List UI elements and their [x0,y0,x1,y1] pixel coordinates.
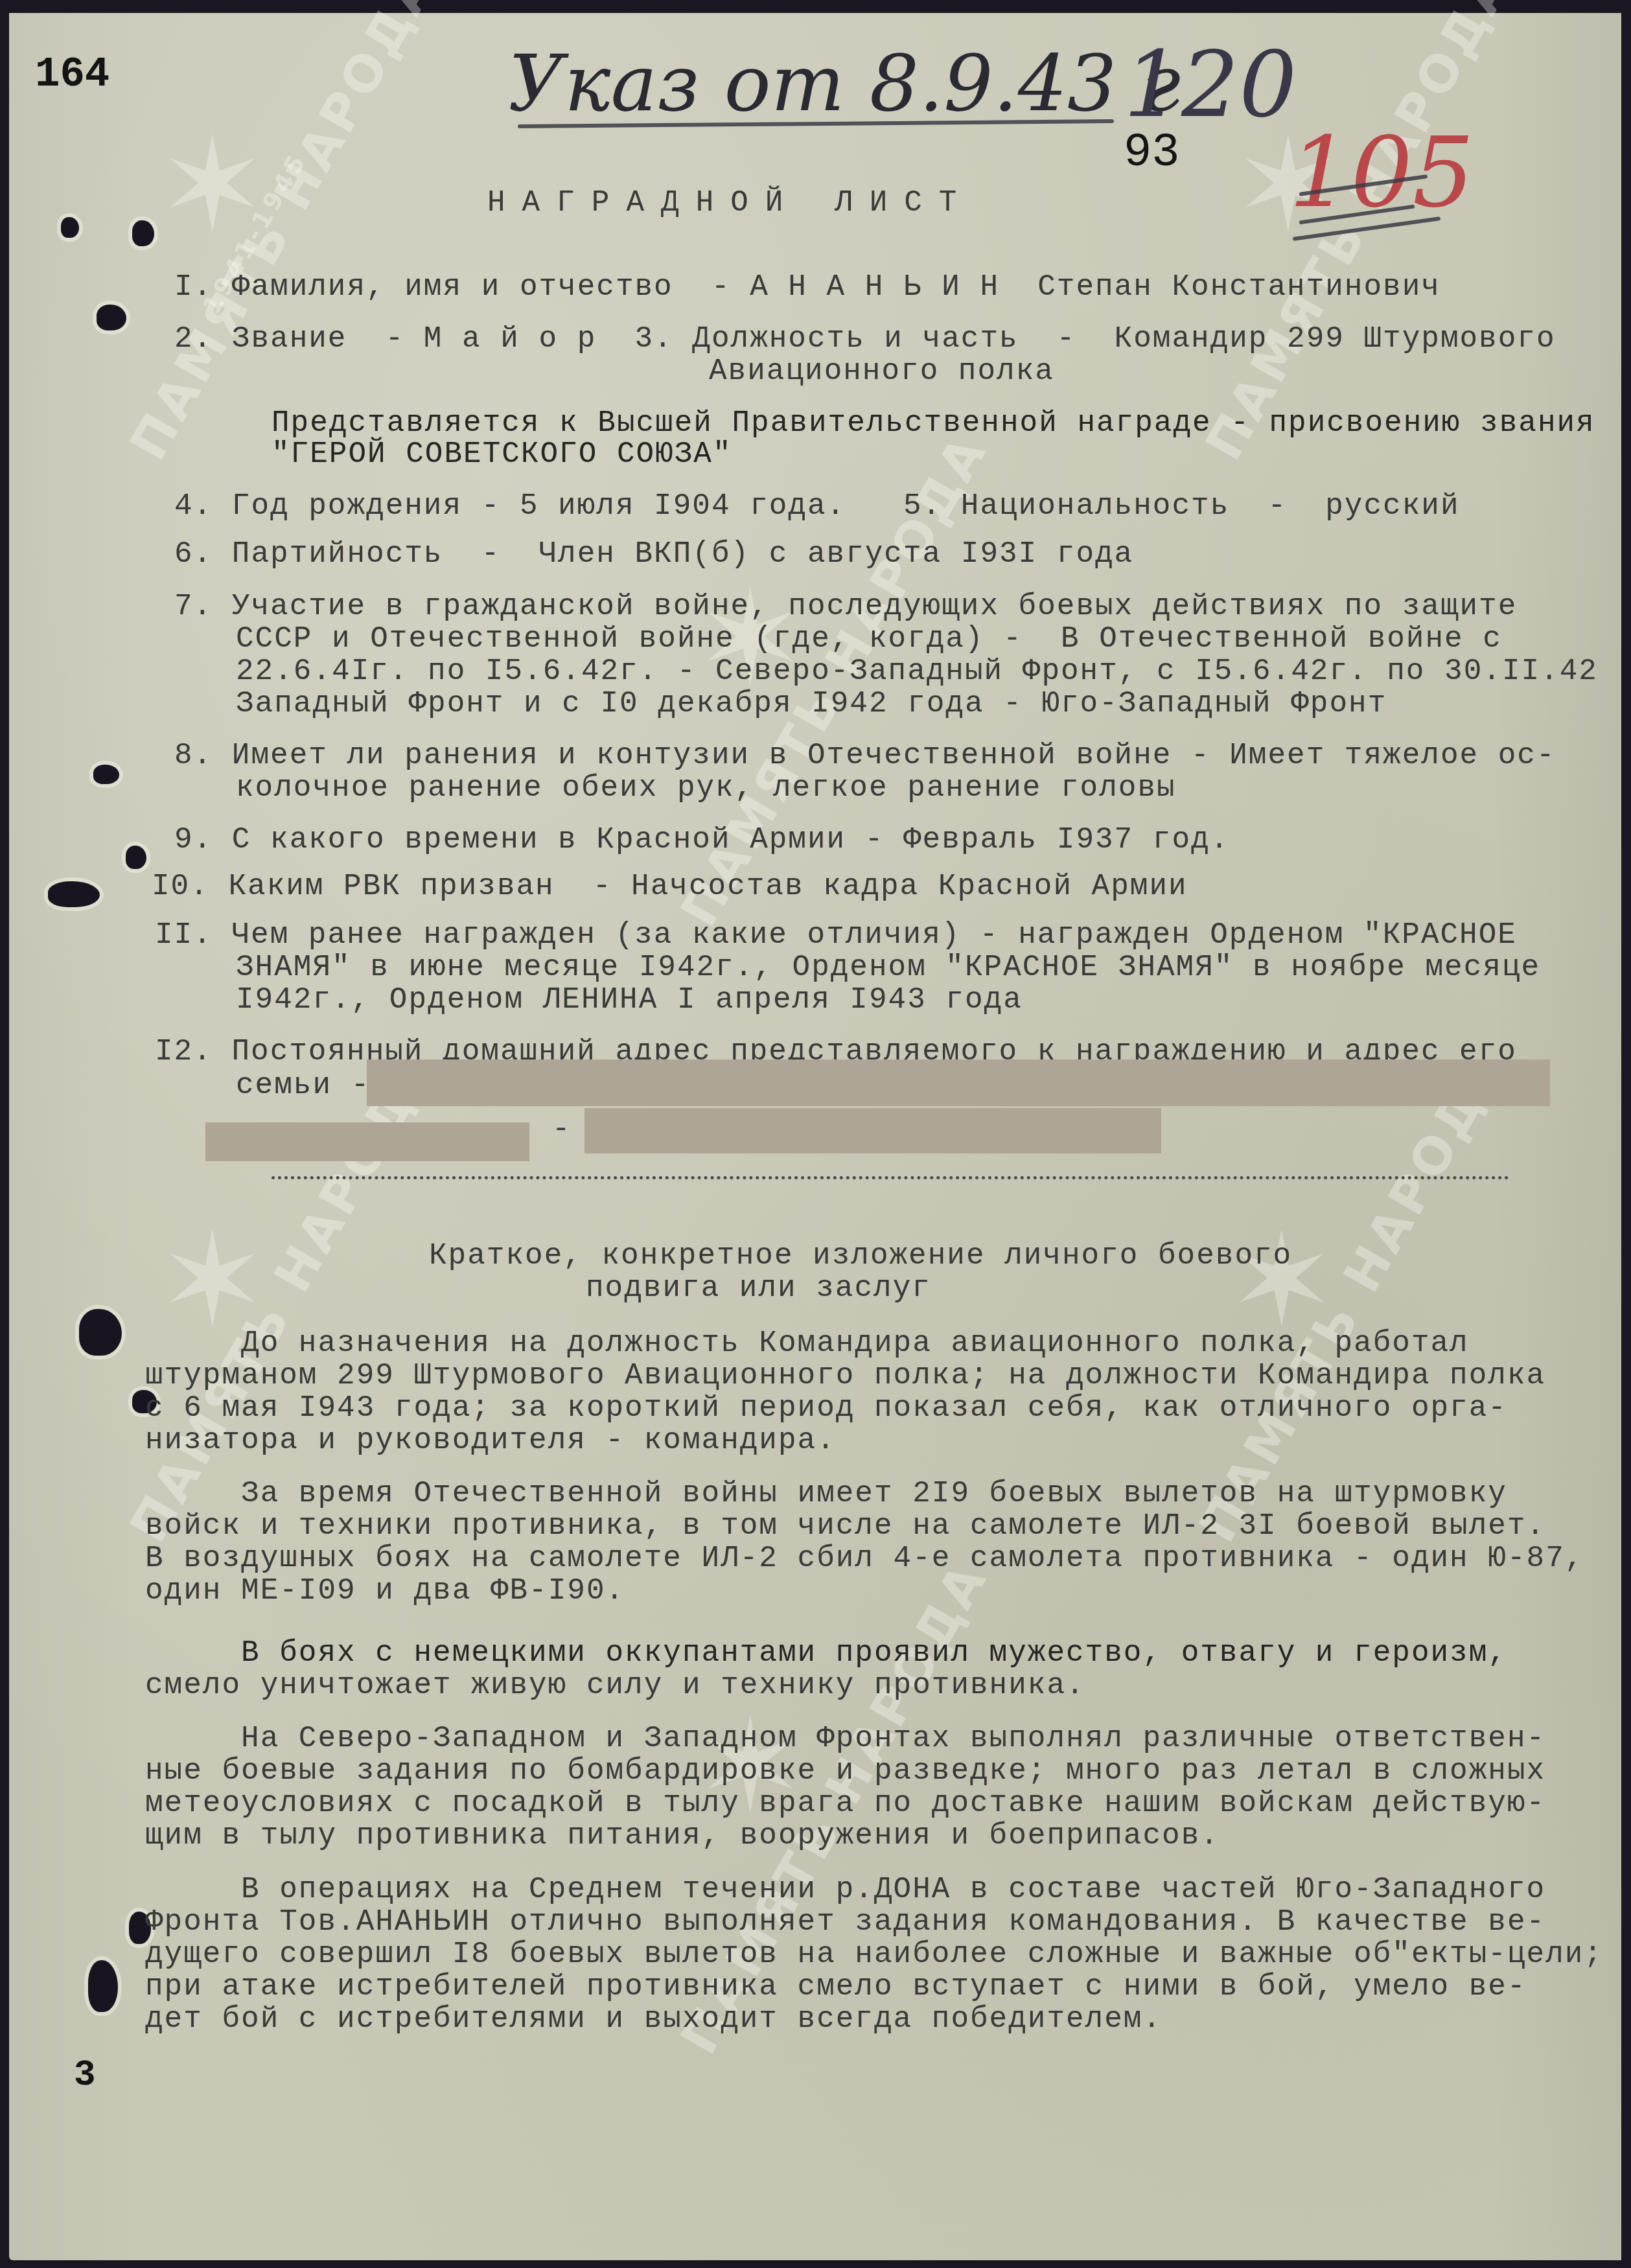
field-prior-awards-cont: ЗНАМЯ" в июне месяце I942г., Орденом "КР… [236,953,1540,982]
field-war-participation-cont: 22.6.4Iг. по I5.6.42г. - Северо-Западный… [236,656,1598,686]
field-war-participation-cont: Западный Фронт и с I0 декабря I942 года … [236,689,1387,719]
field-wounds: 8. Имеет ли ранения и контузии в Отечест… [174,741,1556,770]
field-prior-awards: II. Чем ранее награжден (за какие отличи… [155,920,1517,950]
award-title: "ГЕРОЙ СОВЕТСКОГО СОЮЗА" [272,439,732,469]
field-rank-position: 2. Звание - М а й о р 3. Должность и час… [174,324,1556,354]
narrative-line: щим в тылу противника питания, вооружени… [145,1821,1220,1851]
narrative-line: низатора и руководителя - командира. [145,1426,836,1455]
narrative-line: один МЕ-I09 и два ФВ-I90. [145,1576,625,1606]
narrative-line: при атаке истребителей противника смело … [145,1972,1527,2002]
narrative-line: В операциях на Среднем течении р.ДОНА в … [145,1875,1545,1904]
field-war-participation: 7. Участие в гражданской войне, последую… [174,592,1517,621]
award-nomination: Представляется к Высшей Правительственно… [272,408,1595,438]
punch-hole [48,881,100,907]
field-wounds-cont: колочное ранение обеих рук, легкое ранен… [236,773,1176,803]
redacted-address [584,1108,1161,1153]
punch-hole [97,305,126,330]
field-name: I. Фамилия, имя и отчество - А Н А Н Ь И… [174,272,1440,302]
narrative-line: дущего совершил I8 боевых вылетов на наи… [145,1939,1603,1969]
punch-hole [79,1309,122,1356]
section-heading: Краткое, конкретное изложение личного бо… [429,1241,1292,1271]
punch-hole [126,846,146,869]
narrative-line: дет бой с истребителями и выходит всегда… [145,2004,1162,2034]
narrative-line: ные боевые задания по бомбардировке и ра… [145,1756,1545,1786]
field-address-cont: семьи - [236,1070,370,1100]
narrative-line: смело уничтожает живую силу и технику пр… [145,1671,1085,1700]
field-party: 6. Партийность - Член ВКП(б) с августа I… [174,539,1133,569]
document-title: НАГРАДНОЙ ЛИСТ [487,188,973,218]
narrative-line: метеоусловиях с посадкой в тылу врага по… [145,1788,1545,1818]
narrative-line: Фронта Тов.АНАНЬИН отлично выполняет зад… [145,1907,1545,1937]
handwritten-number-black: 120 [1124,32,1297,138]
field-service-since: 9. С какого времени в Красной Армии - Фе… [174,825,1229,855]
margin-mark: 3 [74,2054,96,2096]
redacted-address [367,1059,1550,1106]
field-prior-awards-cont: I942г., Орденом ЛЕНИНА I апреля I943 год… [236,985,1023,1015]
typed-sheet-number: 93 [1124,126,1179,179]
document-page: ✶ ПАМЯТЬ НАРОДА 1941-1945 ✶ ПАМЯТЬ НАРОД… [9,13,1621,2260]
page-number-stamp: 164 [35,52,110,98]
field-address-dash: - [552,1115,572,1144]
punch-hole [132,220,154,246]
narrative-line: штурманом 299 Штурмового Авиационного по… [145,1361,1545,1391]
narrative-line: войск и техники противника, в том числе … [145,1511,1545,1541]
narrative-line: На Северо-Западном и Западном Фронтах вы… [145,1724,1545,1753]
watermark-text: ПАМЯТЬ НАРОДА [119,0,448,470]
punch-hole [61,217,79,238]
field-birth-nationality: 4. Год рождения - 5 июля I904 года. 5. Н… [174,491,1460,521]
section-heading: подвига или заслуг [586,1273,931,1303]
narrative-line: В боях с немецкими оккупантами проявил м… [145,1638,1507,1668]
redacted-address [205,1122,529,1161]
field-conscription: I0. Каким РВК призван - Начсостав кадра … [152,872,1188,901]
punch-hole [93,765,119,784]
narrative-line: В воздушных боях на самолете ИЛ-2 сбил 4… [145,1544,1584,1573]
field-war-participation-cont: СССР и Отечественной войне (где, когда) … [236,624,1502,654]
punch-hole [88,1960,118,2012]
field-position-cont: Авиационного полка [709,356,1054,386]
handwritten-decree: Указ от 8.9.43 г [508,39,1181,129]
watermark-text: ПАМЯТЬ НАРОДА [1188,1040,1518,1552]
section-divider [272,1176,1509,1179]
narrative-line: с 6 мая I943 года; за короткий период по… [145,1393,1507,1423]
watermark-star-icon: ✶ [158,110,267,261]
narrative-line: За время Отечественной войны имеет 2I9 б… [145,1479,1507,1509]
watermark-text: ПАМЯТЬ НАРОДА [119,1040,448,1552]
narrative-line: До назначения на должность Командира ави… [145,1328,1469,1358]
